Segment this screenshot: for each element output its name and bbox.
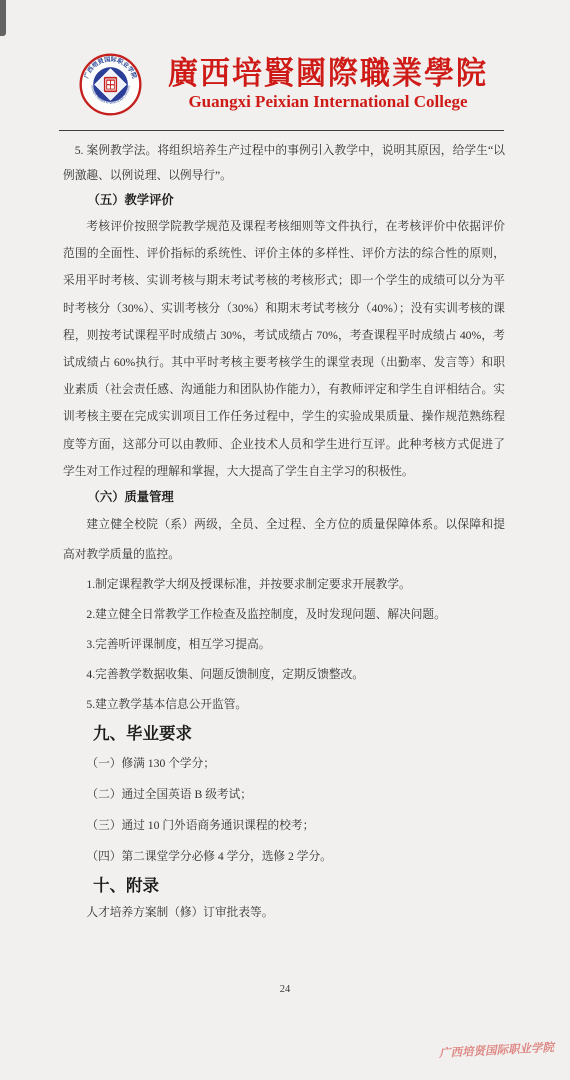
section-heading-graduation-requirements: 九、毕业要求	[63, 720, 505, 748]
list-item-graduation-3: （三）通过 10 门外语商务通识课程的校考；	[63, 810, 505, 841]
page-number: 24	[0, 984, 570, 995]
document-page: 广西培贤国际职业学院 GUANGXI PEIXIAN INTERNATIONAL…	[0, 0, 570, 1080]
paragraph-case-teaching-method: 5. 案例教学法。将组织培养生产过程中的事例引入教学中，说明其原因，给学生“以例…	[63, 138, 505, 188]
paragraph-teaching-evaluation: 考核评价按照学院教学规范及课程考核细则等文件执行，在考核评价中依据评价范围的全面…	[63, 213, 505, 485]
college-name-chinese: 廣西培賢國際職業學院	[146, 56, 510, 92]
list-item-graduation-4: （四）第二课堂学分必修 4 学分，选修 2 学分。	[63, 841, 505, 872]
section-heading-appendix: 十、附录	[63, 872, 505, 900]
section-heading-quality-management: （六）质量管理	[63, 485, 505, 510]
list-item-quality-2: 2.建立健全日常教学工作检查及监控制度，及时发现问题、解决问题。	[63, 600, 505, 630]
list-item-quality-4: 4.完善教学数据收集、问题反馈制度，定期反馈整改。	[63, 660, 505, 690]
list-item-quality-3: 3.完善听评课制度，相互学习提高。	[63, 630, 505, 660]
college-titles: 廣西培賢國際職業學院 Guangxi Peixian International…	[142, 57, 510, 112]
paragraph-quality-management: 建立健全校院（系）两级，全员、全过程、全方位的质量保障体系。以保障和提高对教学质…	[63, 510, 505, 570]
list-item-quality-1: 1.制定课程教学大纲及授课标准，并按要求制定要求开展教学。	[63, 570, 505, 600]
list-item-graduation-1: （一）修满 130 个学分；	[63, 748, 505, 779]
header-rule	[59, 130, 504, 131]
paragraph-appendix: 人才培养方案制（修）订审批表等。	[63, 900, 505, 925]
college-name-english: Guangxi Peixian International College	[146, 92, 510, 112]
document-body: 5. 案例教学法。将组织培养生产过程中的事例引入教学中，说明其原因，给学生“以例…	[63, 138, 505, 925]
scan-artifact	[0, 0, 6, 36]
watermark-signature: 广西培贤国际职业学院	[439, 1039, 555, 1061]
list-item-graduation-2: （二）通过全国英语 B 级考试；	[63, 779, 505, 810]
list-item-quality-5: 5.建立教学基本信息公开监管。	[63, 690, 505, 720]
section-heading-teaching-evaluation: （五）教学评价	[63, 188, 505, 213]
college-seal-logo: 广西培贤国际职业学院 GUANGXI PEIXIAN INTERNATIONAL…	[79, 53, 142, 116]
college-letterhead: 广西培贤国际职业学院 GUANGXI PEIXIAN INTERNATIONAL…	[79, 53, 510, 116]
